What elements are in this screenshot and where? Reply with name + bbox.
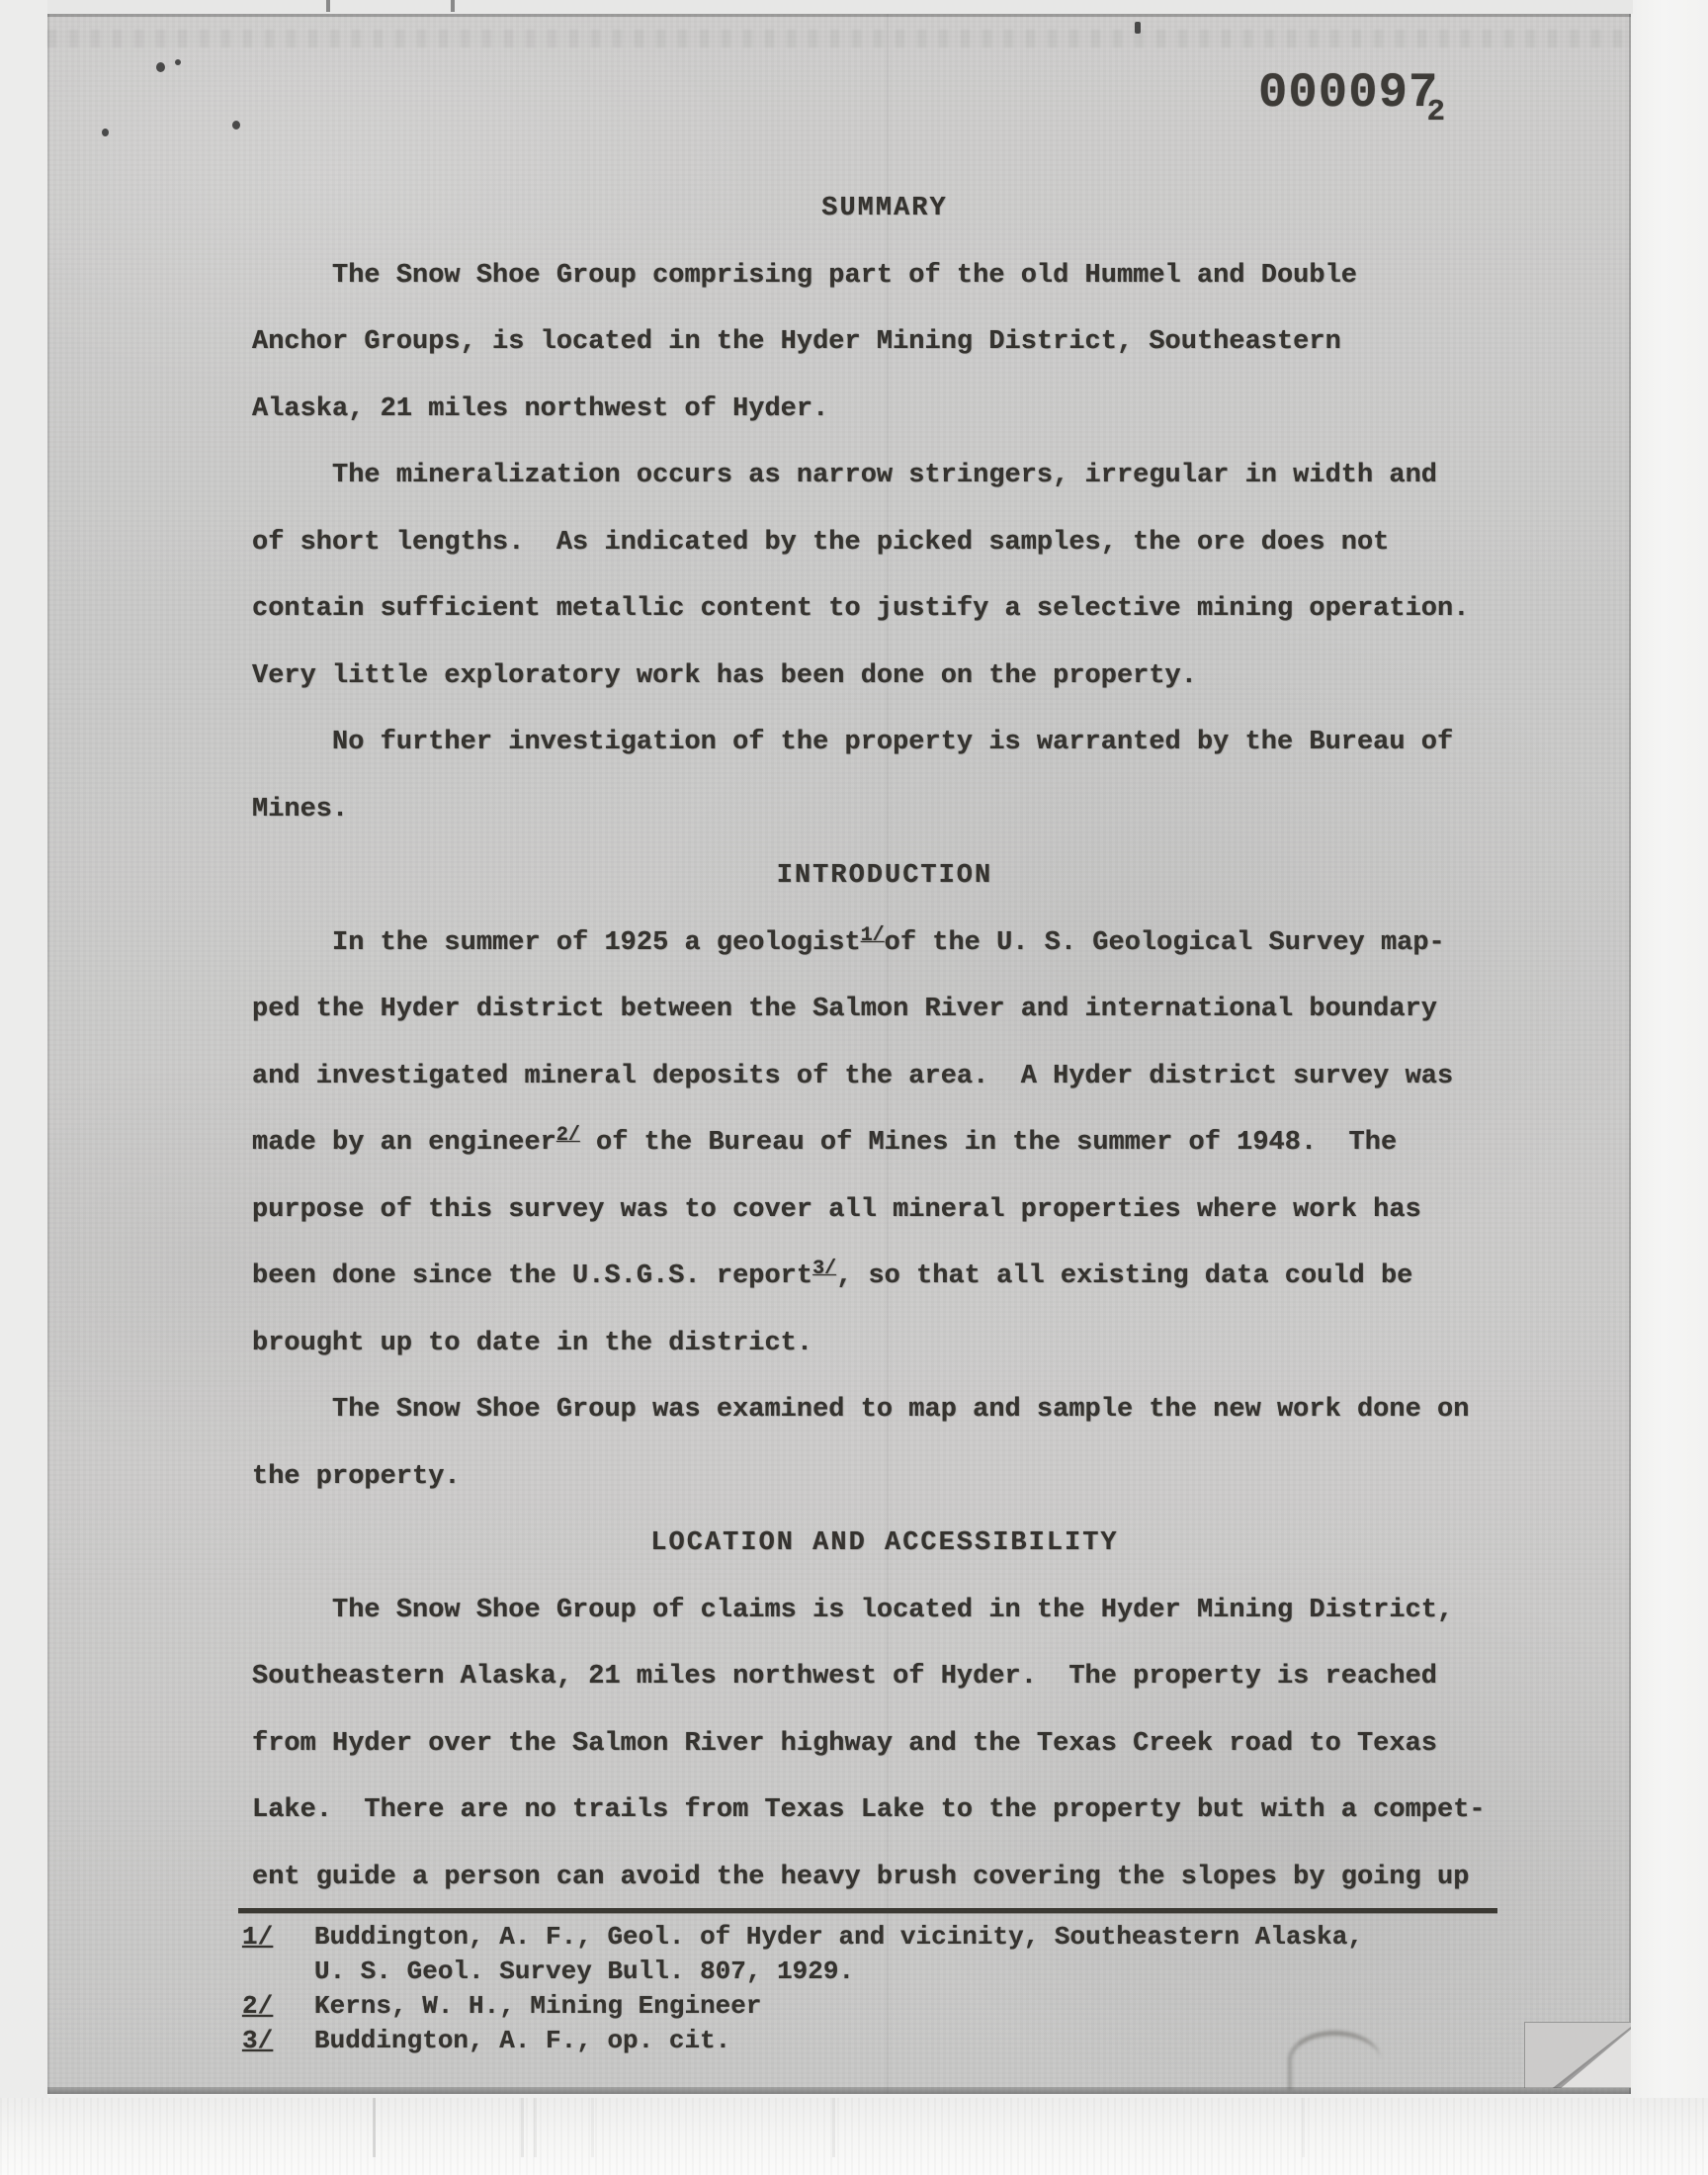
scan-artifact-band bbox=[47, 30, 1631, 47]
text-line: Alaska, 21 miles northwest of Hyder. bbox=[252, 377, 1517, 444]
section-heading: INTRODUCTION bbox=[252, 843, 1517, 911]
ink-speck bbox=[156, 62, 165, 72]
footnote: 2/Kerns, W. H., Mining Engineer bbox=[242, 1989, 1517, 2024]
corner-fold-shade bbox=[1525, 2023, 1631, 2088]
stamp-subscript: 2 bbox=[1426, 95, 1446, 130]
footnote-reference: 3/ bbox=[812, 1257, 836, 1279]
scan-smudge bbox=[1288, 2031, 1381, 2090]
text-line: the property. bbox=[252, 1444, 1517, 1512]
footnote-marker: 3/ bbox=[242, 2024, 314, 2058]
text-line: purpose of this survey was to cover all … bbox=[252, 1177, 1517, 1245]
text-line: The mineralization occurs as narrow stri… bbox=[252, 443, 1517, 510]
text-line: brought up to date in the district. bbox=[252, 1311, 1517, 1378]
scanner-margin-left bbox=[0, 0, 47, 2175]
scan-artifact-streak bbox=[521, 2098, 524, 2157]
text-line: ent guide a person can avoid the heavy b… bbox=[252, 1845, 1517, 1912]
text-line: Mines. bbox=[252, 777, 1517, 844]
stamp-number: 000097 bbox=[1258, 65, 1438, 121]
text-line: of short lengths. As indicated by the pi… bbox=[252, 510, 1517, 577]
scanner-margin-bottom bbox=[0, 2098, 1708, 2175]
page-right-edge bbox=[1629, 14, 1631, 2094]
footnote-marker: 1/ bbox=[242, 1920, 314, 1955]
text-line: Anchor Groups, is located in the Hyder M… bbox=[252, 309, 1517, 377]
footnote-reference: 1/ bbox=[861, 923, 885, 946]
scanner-margin-top bbox=[0, 0, 1708, 14]
scan-artifact-streak bbox=[534, 2098, 537, 2157]
text-line: The Snow Shoe Group of claims is located… bbox=[252, 1578, 1517, 1645]
text-line: contain sufficient metallic content to j… bbox=[252, 576, 1517, 644]
footnote-text: Buddington, A. F., Geol. of Hyder and vi… bbox=[314, 1920, 1363, 1989]
text-line: The Snow Shoe Group was examined to map … bbox=[252, 1377, 1517, 1444]
ink-speck bbox=[102, 129, 109, 136]
scan-artifact-tick bbox=[451, 0, 455, 12]
paper-sheet: 0000972 SUMMARY The Snow Shoe Group comp… bbox=[47, 14, 1631, 2094]
page-number-stamp: 0000972 bbox=[1258, 65, 1458, 121]
footnote-text: Buddington, A. F., op. cit. bbox=[314, 2024, 730, 2058]
scan-artifact-tick bbox=[326, 0, 330, 12]
ink-speck bbox=[175, 59, 181, 65]
text-line: Lake. There are no trails from Texas Lak… bbox=[252, 1778, 1517, 1845]
text-line: Very little exploratory work has been do… bbox=[252, 644, 1517, 711]
text-line: Southeastern Alaska, 21 miles northwest … bbox=[252, 1644, 1517, 1711]
ink-speck bbox=[1135, 22, 1141, 34]
text-line: No further investigation of the property… bbox=[252, 710, 1517, 777]
footnote-marker: 2/ bbox=[242, 1989, 314, 2024]
scanned-document-page: 0000972 SUMMARY The Snow Shoe Group comp… bbox=[0, 0, 1708, 2175]
section-heading: SUMMARY bbox=[252, 176, 1517, 243]
ink-speck bbox=[232, 121, 240, 130]
document-body: SUMMARY The Snow Shoe Group comprising p… bbox=[252, 176, 1517, 1911]
text-line: ped the Hyder district between the Salmo… bbox=[252, 977, 1517, 1044]
scanner-margin-right bbox=[1633, 0, 1708, 2175]
text-line: In the summer of 1925 a geologist1/of th… bbox=[252, 911, 1517, 978]
footnote-reference: 2/ bbox=[556, 1123, 580, 1146]
text-line: The Snow Shoe Group comprising part of t… bbox=[252, 243, 1517, 310]
text-line: been done since the U.S.G.S. report3/, s… bbox=[252, 1244, 1517, 1311]
footnote: 1/Buddington, A. F., Geol. of Hyder and … bbox=[242, 1920, 1517, 1989]
text-line: made by an engineer2/ of the Bureau of M… bbox=[252, 1110, 1517, 1177]
page-corner-fold bbox=[1524, 2022, 1631, 2088]
scan-artifact-streak bbox=[373, 2098, 376, 2157]
section-heading: LOCATION AND ACCESSIBILITY bbox=[252, 1511, 1517, 1578]
scan-artifact-streak bbox=[832, 2098, 835, 2157]
text-line: and investigated mineral deposits of the… bbox=[252, 1044, 1517, 1111]
scan-artifact-streak bbox=[591, 2098, 594, 2157]
text-line: from Hyder over the Salmon River highway… bbox=[252, 1711, 1517, 1779]
footnote-separator-rule bbox=[238, 1908, 1497, 1913]
scan-artifact-streak bbox=[1302, 2098, 1305, 2157]
footnote-text: Kerns, W. H., Mining Engineer bbox=[314, 1989, 761, 2024]
